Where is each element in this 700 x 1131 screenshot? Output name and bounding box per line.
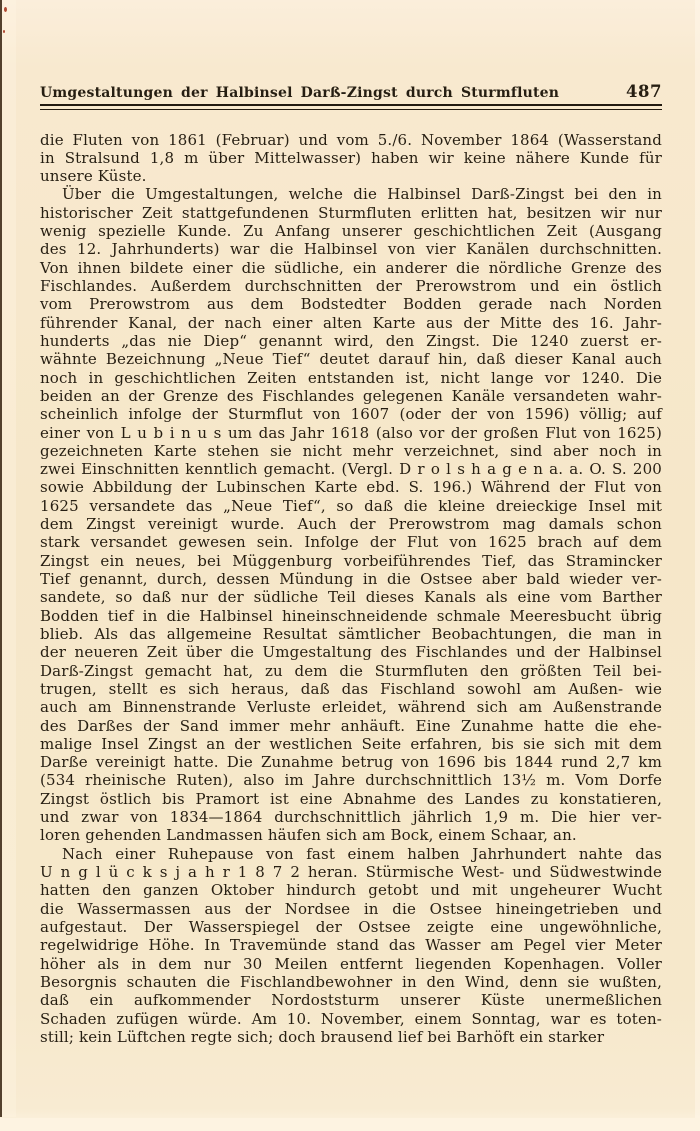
text-line: beiden an der Grenze des Fischlandes gel… xyxy=(40,387,662,405)
text-line: 1625 versandete das „Neue Tief“, so daß … xyxy=(40,497,662,515)
text-line: der neueren Zeit über die Umgestaltung d… xyxy=(40,643,662,661)
text-line: Tief genannt, durch, dessen Mündung in d… xyxy=(40,570,662,588)
paragraph: Über die Umgestaltungen, welche die Halb… xyxy=(40,185,662,844)
text-line: Bodden tief in die Halbinsel hineinschne… xyxy=(40,607,662,625)
scan-speck xyxy=(3,30,5,33)
scanned-book-page: Umgestaltungen der Halbinsel Darß-Zingst… xyxy=(0,0,700,1131)
text-line: zwei Einschnitten kenntlich gemacht. (Ve… xyxy=(40,460,662,478)
text-line: in Stralsund 1,8 m über Mittelwasser) ha… xyxy=(40,149,662,167)
scan-bottom-edge xyxy=(0,1118,700,1131)
text-line: still; kein Lüftchen regte sich; doch br… xyxy=(40,1028,662,1046)
text-line: Von ihnen bildete einer die südliche, ei… xyxy=(40,259,662,277)
text-line: des 12. Jahrhunderts) war die Halbinsel … xyxy=(40,240,662,258)
text-line: U n g l ü c k s j a h r 1 8 7 2 heran. S… xyxy=(40,863,662,881)
text-line: hunderts „das nie Diep“ genannt wird, de… xyxy=(40,332,662,350)
page-content: Umgestaltungen der Halbinsel Darß-Zingst… xyxy=(40,82,662,1046)
text-line: Darße vereinigt hatte. Die Zunahme betru… xyxy=(40,753,662,771)
scan-left-margin-shade xyxy=(2,0,16,1117)
paragraph: die Fluten von 1861 (Februar) und vom 5.… xyxy=(40,131,662,186)
text-line: daß ein aufkommender Nordoststurm unsere… xyxy=(40,991,662,1009)
text-line: dem Zingst vereinigt wurde. Auch der Pre… xyxy=(40,515,662,533)
scan-right-edge xyxy=(695,0,700,1118)
text-line: noch in geschichtlichen Zeiten entstande… xyxy=(40,369,662,387)
text-line: sowie Abbildung der Lubinschen Karte ebd… xyxy=(40,478,662,496)
text-line: Darß-Zingst gemacht hat, zu dem die Stur… xyxy=(40,662,662,680)
text-line: gezeichneten Karte stehen sie nicht mehr… xyxy=(40,442,662,460)
text-line: historischer Zeit stattgefundenen Sturmf… xyxy=(40,204,662,222)
running-header: Umgestaltungen der Halbinsel Darß-Zingst… xyxy=(40,82,662,101)
text-line: Fischlandes. Außerdem durchschnitten der… xyxy=(40,277,662,295)
text-line: trugen, stellt es sich heraus, daß das F… xyxy=(40,680,662,698)
text-line: Zingst östlich bis Pramort ist eine Abna… xyxy=(40,790,662,808)
text-line: Schaden zufügen würde. Am 10. November, … xyxy=(40,1010,662,1028)
text-line: die Wassermassen aus der Nordsee in die … xyxy=(40,900,662,918)
text-line: Über die Umgestaltungen, welche die Halb… xyxy=(40,185,662,203)
page-body: die Fluten von 1861 (Februar) und vom 5.… xyxy=(40,131,662,1047)
text-line: (534 rheinische Ruten), also im Jahre du… xyxy=(40,771,662,789)
paragraph: Nach einer Ruhepause von fast einem halb… xyxy=(40,845,662,1046)
text-line: aufgestaut. Der Wasserspiegel der Ostsee… xyxy=(40,918,662,936)
running-header-title: Umgestaltungen der Halbinsel Darß-Zingst… xyxy=(40,85,559,101)
text-line: Nach einer Ruhepause von fast einem halb… xyxy=(40,845,662,863)
text-line: malige Insel Zingst an der westlichen Se… xyxy=(40,735,662,753)
text-line: einer von L u b i n u s um das Jahr 1618… xyxy=(40,424,662,442)
text-line: und zwar von 1834—1864 durchschnittlich … xyxy=(40,808,662,826)
text-line: wenig spezielle Kunde. Zu Anfang unserer… xyxy=(40,222,662,240)
page-number: 487 xyxy=(626,82,662,101)
text-line: regelwidrige Höhe. In Travemünde stand d… xyxy=(40,936,662,954)
text-line: blieb. Als das allgemeine Resultat sämtl… xyxy=(40,625,662,643)
text-line: hatten den ganzen Oktober hindurch getob… xyxy=(40,881,662,899)
text-line: stark versandet gewesen sein. Infolge de… xyxy=(40,533,662,551)
text-line: höher als in dem nur 30 Meilen entfernt … xyxy=(40,955,662,973)
text-line: vom Prerowstrom aus dem Bodstedter Bodde… xyxy=(40,295,662,313)
text-line: unsere Küste. xyxy=(40,167,662,185)
text-line: des Darßes der Sand immer mehr anhäuft. … xyxy=(40,717,662,735)
text-line: die Fluten von 1861 (Februar) und vom 5.… xyxy=(40,131,662,149)
text-line: scheinlich infolge der Sturmflut von 160… xyxy=(40,405,662,423)
text-line: Zingst ein neues, bei Müggenburg vorbeif… xyxy=(40,552,662,570)
text-line: wähnte Bezeichnung „Neue Tief“ deutet da… xyxy=(40,350,662,368)
text-line: Besorgnis schauten die Fischlandbewohner… xyxy=(40,973,662,991)
header-double-rule xyxy=(40,104,662,110)
text-line: sandete, so daß nur der südliche Teil di… xyxy=(40,588,662,606)
text-line: auch am Binnenstrande Verluste erleidet,… xyxy=(40,698,662,716)
scan-speck xyxy=(4,7,7,12)
text-line: führender Kanal, der nach einer alten Ka… xyxy=(40,314,662,332)
text-line: loren gehenden Landmassen häufen sich am… xyxy=(40,826,662,844)
